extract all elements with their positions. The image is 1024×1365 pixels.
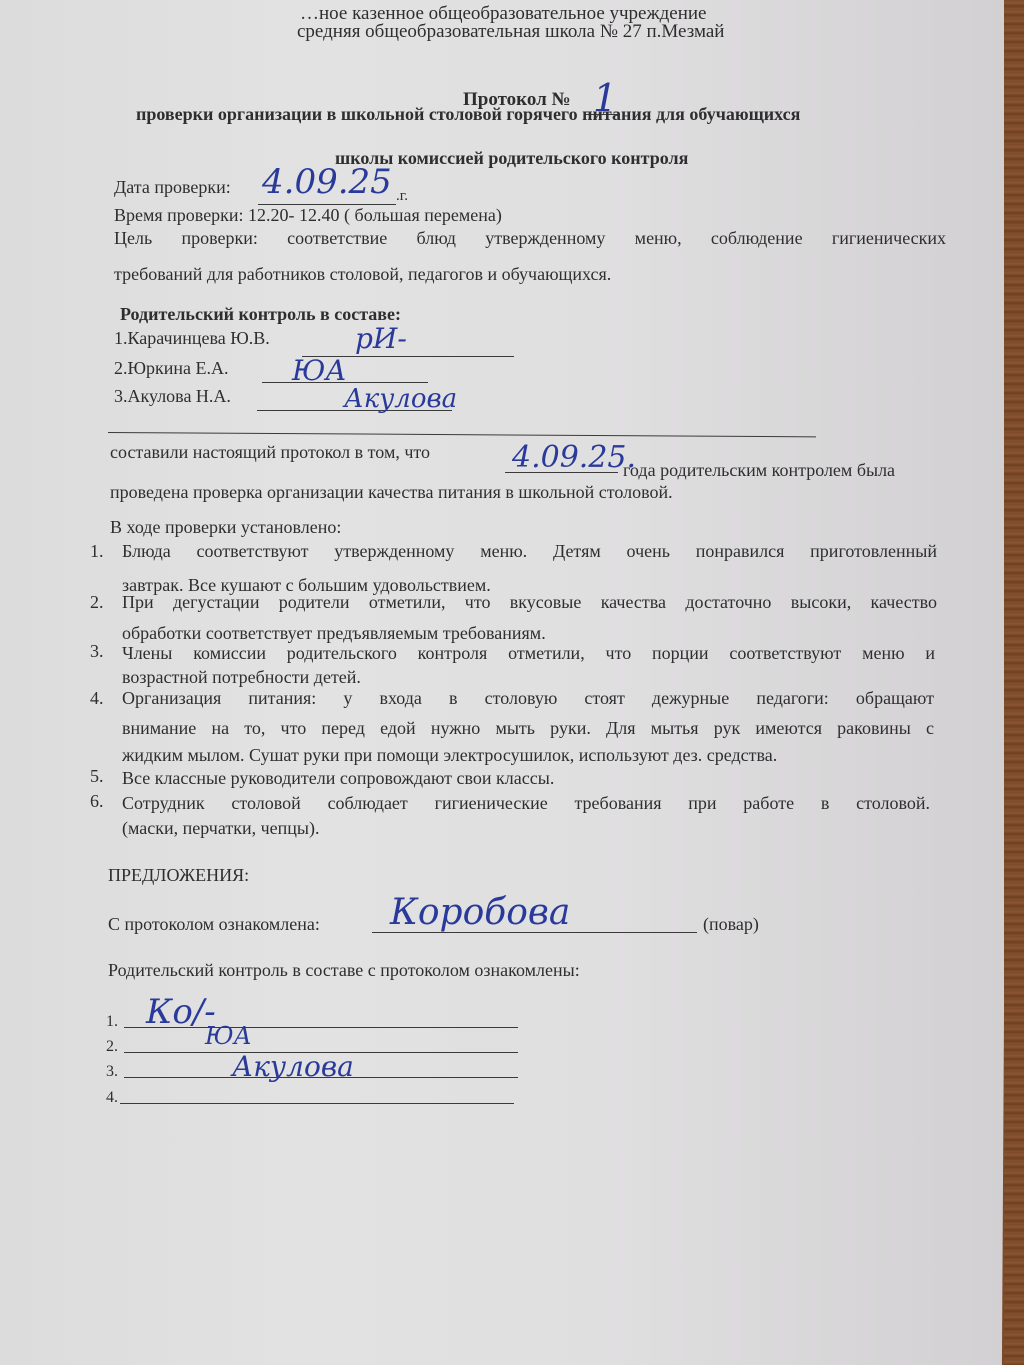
statement-date-handwritten: 4.09.25.	[512, 440, 636, 475]
cook-signature: Коробова	[390, 892, 570, 933]
finding-3-line2: возрастной потребности детей.	[122, 667, 361, 687]
findings-heading: В ходе проверки установлено:	[110, 517, 341, 537]
ack-line-4	[120, 1103, 514, 1104]
statement-line1-end: года родительским контролем была	[623, 460, 895, 480]
goal-line1: Цель проверки: соответствие блюд утвержд…	[114, 228, 946, 248]
finding-4-line2: внимание на то, что перед едой нужно мыт…	[122, 718, 934, 738]
protocol-subtitle-line1: проверки организации в школьной столовой…	[136, 104, 800, 124]
finding-4-number: 4.	[90, 688, 104, 708]
proposals-heading: ПРЕДЛОЖЕНИЯ:	[108, 865, 249, 885]
cook-role: (повар)	[703, 914, 759, 934]
time-text: Время проверки: 12.20- 12.40 ( большая п…	[114, 205, 502, 225]
finding-5-number: 5.	[90, 766, 104, 786]
wooden-table-edge	[1004, 0, 1024, 1365]
statement-date-underline	[505, 472, 618, 473]
ack-line-4-number: 4.	[106, 1088, 118, 1108]
statement-line2: проведена проверка организации качества …	[110, 482, 673, 502]
date-suffix: .г.	[396, 186, 408, 206]
committee-ack-label: Родительский контроль в составе с проток…	[108, 960, 580, 980]
signature-member-2: ЮА	[292, 354, 347, 387]
cook-ack-label: С протоколом ознакомлена:	[108, 914, 320, 934]
statement-line1-start: составили настоящий протокол в том, что	[110, 442, 430, 462]
finding-2-line2: обработки соответствует предъявляемым тр…	[122, 623, 546, 643]
signature-member-1: рИ-	[355, 322, 407, 355]
finding-2-number: 2.	[90, 592, 104, 612]
finding-1-line1: Блюда соответствуют утвержденному меню. …	[122, 541, 937, 561]
committee-heading: Родительский контроль в составе:	[120, 304, 401, 324]
ack-signature-3: Акулова	[232, 1050, 354, 1083]
finding-2-line1: При дегустации родители отметили, что вк…	[122, 592, 937, 612]
finding-6-line2: (маски, перчатки, чепцы).	[122, 818, 320, 838]
ack-signature-2: ЮА	[205, 1022, 252, 1050]
finding-3-line1: Члены комиссии родительского контроля от…	[122, 643, 935, 663]
finding-4-line3: жидким мылом. Сушат руки при помощи элек…	[122, 745, 777, 765]
goal-line2: требований для работников столовой, педа…	[114, 264, 611, 284]
date-label: Дата проверки:	[114, 177, 231, 197]
committee-member-1: 1.Карачинцева Ю.В.	[114, 328, 270, 348]
finding-1-number: 1.	[90, 541, 104, 561]
finding-6-line1: Сотрудник столовой соблюдает гигиеническ…	[122, 793, 930, 813]
separator-line	[108, 432, 816, 437]
ack-line-2-number: 2.	[106, 1037, 118, 1057]
finding-4-line1: Организация питания: у входа в столовую …	[122, 688, 934, 708]
date-handwritten: 4.09.25	[262, 162, 392, 202]
document-page: …ное казенное общеобразовательное учрежд…	[0, 0, 1010, 1365]
ack-line-3-number: 3.	[106, 1062, 118, 1082]
committee-member-3: 3.Акулова Н.А.	[114, 386, 231, 406]
finding-5-line1: Все классные руководители сопровождают с…	[122, 768, 554, 788]
committee-member-2: 2.Юркина Е.А.	[114, 358, 229, 378]
finding-3-number: 3.	[90, 641, 104, 661]
finding-6-number: 6.	[90, 791, 104, 811]
org-name-line2: средняя общеобразовательная школа № 27 п…	[297, 22, 724, 42]
ack-line-1-number: 1.	[106, 1012, 118, 1032]
signature-member-3: Акулова	[344, 384, 457, 414]
